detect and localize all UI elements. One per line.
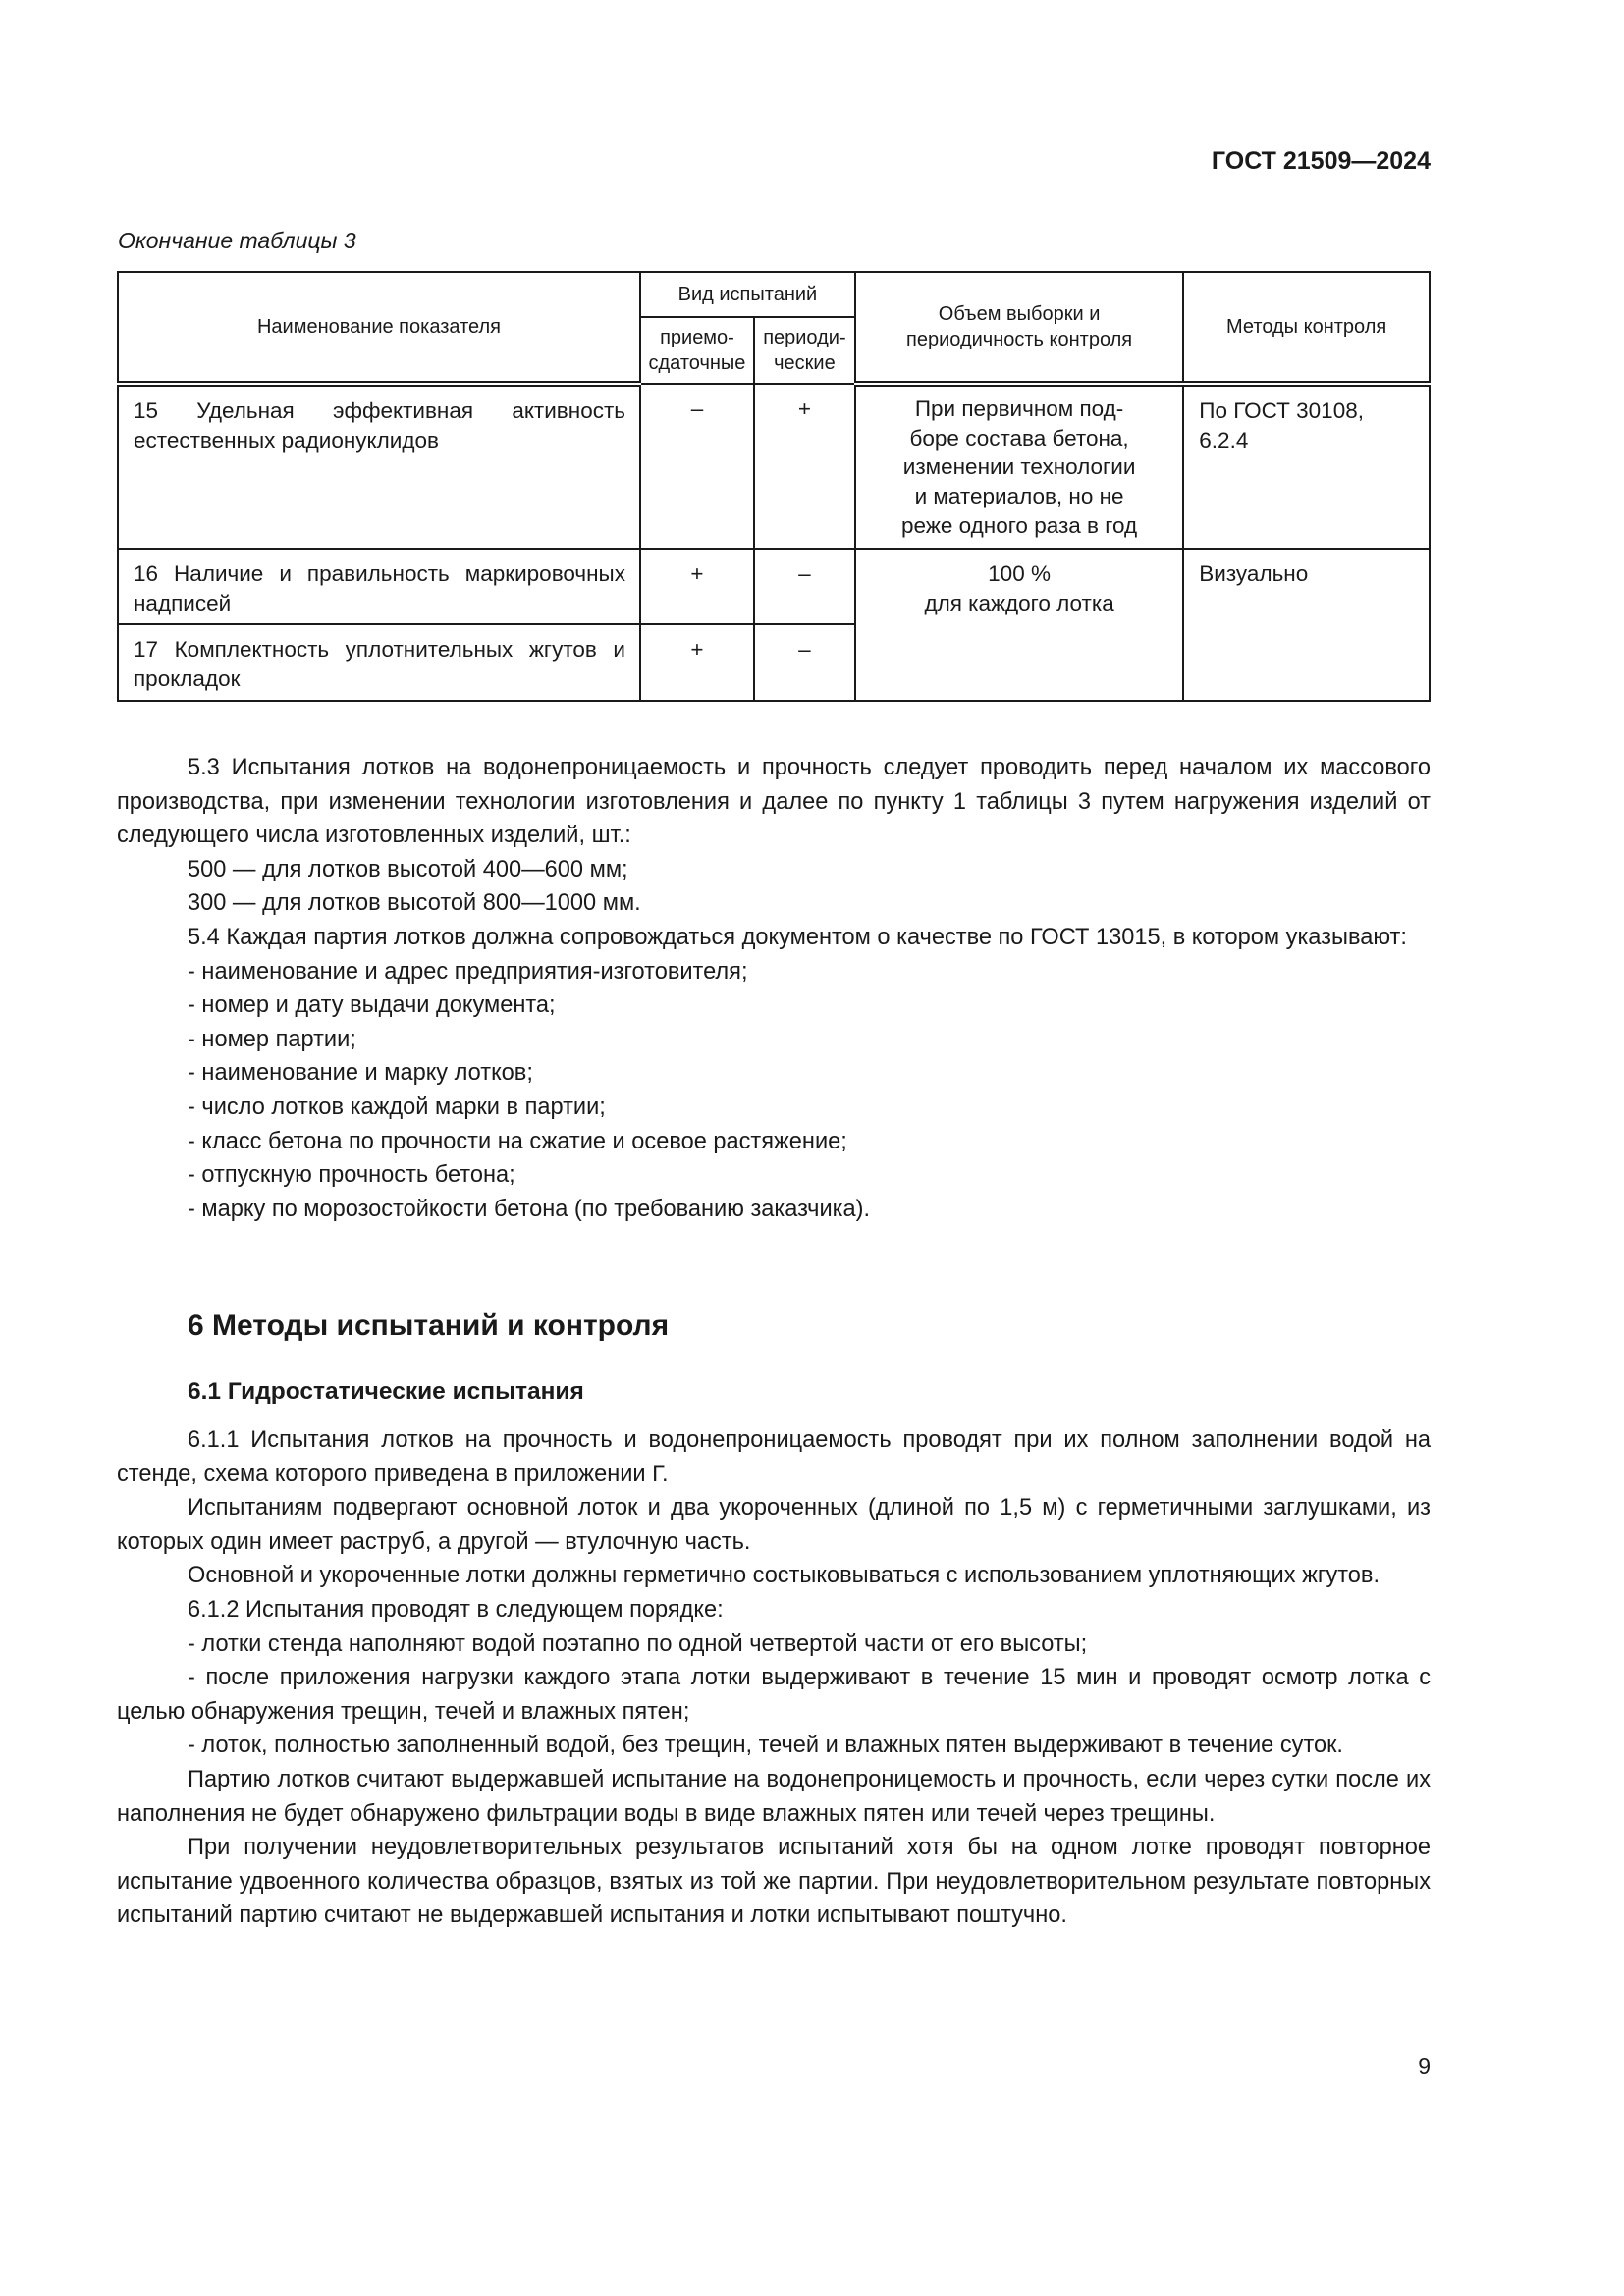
row-acceptance: –	[641, 385, 753, 430]
row-name: 16 Наличие и правильность маркировочных …	[119, 550, 639, 623]
column-header-sampling: Объем выборки и периодичность контроля	[855, 272, 1183, 384]
paragraph: При получении неудовлетворительных резул…	[117, 1831, 1431, 1933]
list-item: - лотки стенда наполняют водой поэтапно …	[117, 1628, 1431, 1662]
list-item: - число лотков каждой марки в партии;	[117, 1091, 1431, 1125]
table-row: 16 Наличие и правильность маркировочных …	[118, 549, 1430, 624]
row-periodic: –	[755, 550, 854, 595]
paragraph-6-1-2: 6.1.2 Испытания проводят в следующем пор…	[117, 1593, 1431, 1628]
list-item: - номер и дату выдачи документа;	[117, 988, 1431, 1023]
paragraph: Испытаниям подвергают основной лоток и д…	[117, 1491, 1431, 1559]
paragraph: Основной и укороченные лотки должны герм…	[117, 1559, 1431, 1593]
paragraph-5-4: 5.4 Каждая партия лотков должна сопровож…	[117, 921, 1431, 955]
document-id-header: ГОСТ 21509—2024	[1212, 147, 1431, 176]
column-header-acceptance: приемо- сдаточные	[640, 317, 754, 384]
column-header-periodic: периоди- ческие	[754, 317, 855, 384]
row-acceptance: +	[641, 550, 753, 595]
section-6-heading: 6 Методы испытаний и контроля	[188, 1309, 669, 1343]
table-row: 15 Удельная эффективная активность естес…	[118, 384, 1430, 549]
section-5-body: 5.3 Испытания лотков на водонепроницаемо…	[117, 751, 1431, 1226]
column-header-methods: Методы контроля	[1183, 272, 1430, 384]
page-number: 9	[1418, 2054, 1431, 2080]
list-item: 500 — для лотков высотой 400—600 мм;	[117, 853, 1431, 887]
paragraph-6-1-1: 6.1.1 Испытания лотков на прочность и во…	[117, 1423, 1431, 1491]
list-item: - отпускную прочность бетона;	[117, 1158, 1431, 1193]
row-name: 15 Удельная эффективная активность естес…	[119, 387, 639, 460]
column-header-name: Наименование показателя	[118, 272, 640, 384]
row-periodic: –	[755, 625, 854, 670]
paragraph: Партию лотков считают выдержавшей испыта…	[117, 1763, 1431, 1831]
row-methods: По ГОСТ 30108, 6.2.4	[1184, 387, 1429, 460]
list-item: - после приложения нагрузки каждого этап…	[117, 1661, 1431, 1729]
column-header-test-type: Вид испытаний	[640, 272, 855, 317]
row-periodic: +	[755, 385, 854, 430]
paragraph-5-3: 5.3 Испытания лотков на водонепроницаемо…	[117, 751, 1431, 853]
list-item: - класс бетона по прочности на сжатие и …	[117, 1125, 1431, 1159]
section-6-body: 6.1.1 Испытания лотков на прочность и во…	[117, 1423, 1431, 1933]
subsection-6-1-heading: 6.1 Гидростатические испытания	[188, 1378, 584, 1406]
row-name: 17 Комплектность уплотнительных жгутов и…	[119, 625, 639, 699]
list-item: - марку по морозостойкости бетона (по тр…	[117, 1193, 1431, 1227]
list-item: - номер партии;	[117, 1023, 1431, 1057]
row-methods: Визуально	[1184, 550, 1429, 595]
row-acceptance: +	[641, 625, 753, 670]
list-item: - лоток, полностью заполненный водой, бе…	[117, 1729, 1431, 1763]
row-sampling: 100 % для каждого лотка	[856, 550, 1182, 623]
list-item: 300 — для лотков высотой 800—1000 мм.	[117, 886, 1431, 921]
list-item: - наименование и марку лотков;	[117, 1056, 1431, 1091]
indicators-table: Наименование показателя Вид испытаний Об…	[117, 271, 1431, 702]
list-item: - наименование и адрес предприятия-изгот…	[117, 955, 1431, 989]
table-caption: Окончание таблицы 3	[118, 228, 356, 254]
row-sampling: При первичном под- боре состава бетона, …	[856, 387, 1182, 546]
